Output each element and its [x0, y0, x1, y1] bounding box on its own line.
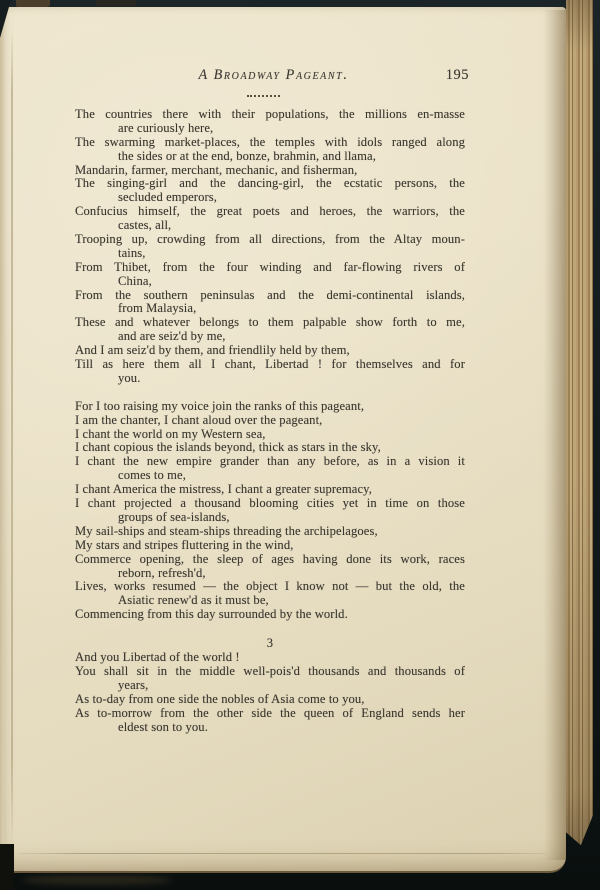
page-header: A Broadway Pageant. 195 — [75, 65, 464, 85]
corner-shadow-bottom-left — [0, 844, 14, 890]
poem-line: The countries there with their populatio… — [75, 108, 465, 122]
stanza: For I too raising my voice join the rank… — [75, 400, 465, 622]
poem-line: From the southern peninsulas and the dem… — [75, 289, 465, 303]
poem-line: reborn, refresh'd, — [75, 567, 465, 581]
poem-line: My stars and stripes fluttering in the w… — [75, 539, 465, 553]
section-number: 3 — [75, 636, 465, 650]
poem-line: I chant America the mistress, I chant a … — [75, 483, 465, 497]
poem-line: Trooping up, crowding from all direction… — [75, 233, 465, 247]
poem-line: from Malaysia, — [75, 302, 465, 316]
poem-line: years, — [75, 679, 465, 693]
poem-line: The singing-girl and the dancing-girl, t… — [75, 177, 465, 191]
poem-line: China, — [75, 275, 465, 289]
gutter-crease — [11, 28, 13, 846]
poem-line: And you Libertad of the world ! — [75, 651, 465, 665]
poem-line: are curiously here, — [75, 122, 465, 136]
book-page: A Broadway Pageant. 195 The countries th… — [4, 7, 566, 873]
poem-line: comes to me, — [75, 469, 465, 483]
poem-line: groups of sea-islands, — [75, 511, 465, 525]
poem-line: For I too raising my voice join the rank… — [75, 400, 465, 414]
poem-line: As to-day from one side the nobles of As… — [75, 693, 465, 707]
poem-line: and are seiz'd by me, — [75, 330, 465, 344]
poem-line: I chant the new empire grander than any … — [75, 455, 465, 469]
poem-line: Confucius himself, the great poets and h… — [75, 205, 465, 219]
poem-line: As to-morrow from the other side the que… — [75, 707, 465, 721]
poem-line: eldest son to you. — [75, 721, 465, 735]
poem-line: The swarming market-places, the temples … — [75, 136, 465, 150]
poem-line: Commencing from this day surrounded by t… — [75, 608, 465, 622]
page-number: 195 — [446, 66, 469, 84]
poem-line: castes, all, — [75, 219, 465, 233]
stanza: The countries there with their populatio… — [75, 108, 465, 386]
poem-line: I chant projected a thousand blooming ci… — [75, 497, 465, 511]
poem-line: I am the chanter, I chant aloud over the… — [75, 414, 465, 428]
binding-edge-patch — [96, 0, 136, 6]
poem-line: Mandarin, farmer, merchant, mechanic, an… — [75, 164, 465, 178]
poem-line: My sail-ships and steam-ships threading … — [75, 525, 465, 539]
poem-line: secluded emperors, — [75, 191, 465, 205]
title-dotted-rule — [247, 95, 280, 98]
bottom-edge-reflection — [22, 875, 172, 885]
running-title: A Broadway Pageant. — [75, 65, 464, 85]
poem-line: These and whatever belongs to them palpa… — [75, 316, 465, 330]
page-edge-stack — [566, 0, 593, 858]
poem: The countries there with their populatio… — [75, 108, 465, 734]
stanza: And you Libertad of the world !You shall… — [75, 651, 465, 734]
poem-line: Asiatic renew'd as it must be, — [75, 594, 465, 608]
poem-line: the sides or at the end, bonze, brahmin,… — [75, 150, 465, 164]
poem-line: And I am seiz'd by them, and friendlily … — [75, 344, 465, 358]
poem-line: I chant the world on my Western sea, — [75, 428, 465, 442]
poem-line: you. — [75, 372, 465, 386]
binding-edge-patch — [16, 0, 50, 7]
poem-line: I chant copious the islands beyond, thic… — [75, 441, 465, 455]
poem-line: From Thibet, from the four winding and f… — [75, 261, 465, 275]
poem-line: tains, — [75, 247, 465, 261]
poem-line: Lives, works resumed — the object I know… — [75, 580, 465, 594]
bottom-fold-crease — [18, 853, 546, 854]
poem-line: You shall sit in the middle well-pois'd … — [75, 665, 465, 679]
poem-line: Commerce opening, the sleep of ages havi… — [75, 553, 465, 567]
poem-line: Till as here them all I chant, Libertad … — [75, 358, 465, 372]
